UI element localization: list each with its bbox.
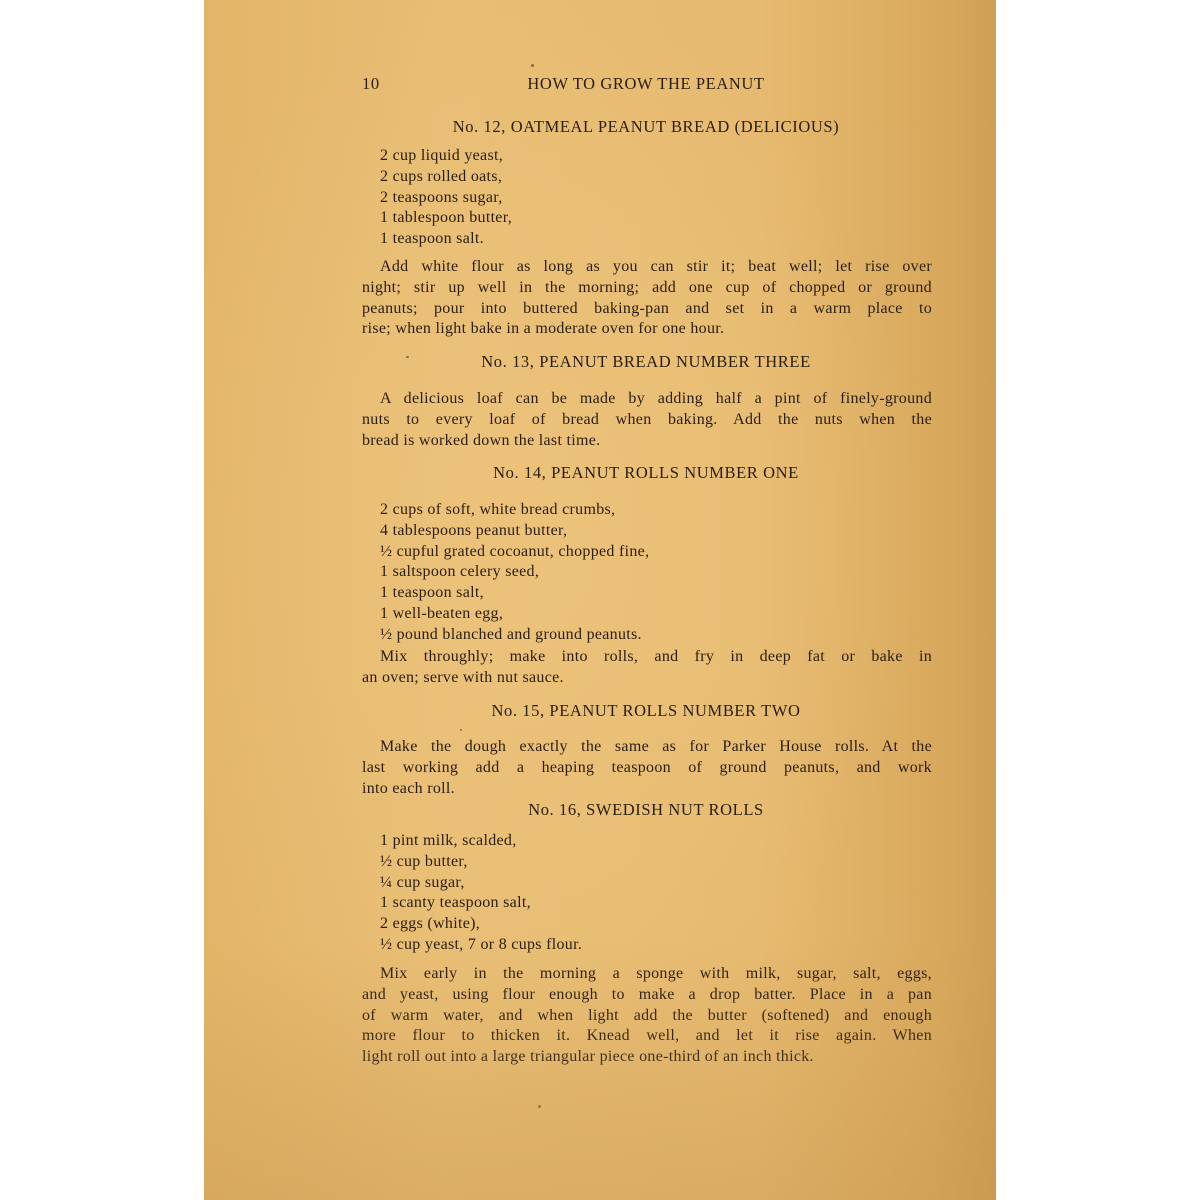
recipe-title: No. 16, SWEDISH NUT ROLLS	[362, 800, 930, 820]
ingredient: 2 teaspoons sugar,	[380, 188, 950, 209]
directions-paragraph: Mix throughly; make into rolls, and fry …	[362, 647, 932, 689]
ingredient: 1 teaspoon salt,	[380, 583, 950, 604]
direction-line: Mix throughly; make into rolls, and fry …	[362, 647, 932, 668]
ingredient: 2 cups rolled oats,	[380, 167, 950, 188]
directions-paragraph: Mix early in the morning a sponge with m…	[362, 964, 932, 1068]
ingredient: 1 teaspoon salt.	[380, 229, 950, 250]
direction-line: bread is worked down the last time.	[362, 431, 932, 452]
direction-line: night; stir up well in the morning; add …	[362, 278, 932, 299]
ingredient-list: 2 cups of soft, white bread crumbs, 4 ta…	[362, 500, 950, 646]
running-title: HOW TO GROW THE PEANUT	[362, 74, 930, 94]
ingredient: 1 pint milk, scalded,	[380, 831, 950, 852]
ingredient: 4 tablespoons peanut butter,	[380, 521, 950, 542]
direction-line: rise; when light bake in a moderate oven…	[362, 319, 932, 340]
recipe-title: No. 14, PEANUT ROLLS NUMBER ONE	[362, 463, 930, 483]
direction-line: of warm water, and when light add the bu…	[362, 1006, 932, 1027]
recipe-title: No. 12, OATMEAL PEANUT BREAD (DELICIOUS)	[362, 117, 930, 137]
paper-speck	[538, 1105, 541, 1108]
direction-line: an oven; serve with nut sauce.	[362, 668, 932, 689]
direction-line: light roll out into a large triangular p…	[362, 1047, 932, 1068]
ingredient-list: 1 pint milk, scalded, ½ cup butter, ¼ cu…	[362, 831, 950, 956]
direction-line: into each roll.	[362, 779, 932, 800]
ingredient: 2 cup liquid yeast,	[380, 146, 950, 167]
ingredient: ¼ cup sugar,	[380, 873, 950, 894]
directions-paragraph: A delicious loaf can be made by adding h…	[362, 389, 932, 451]
page-header: 10 HOW TO GROW THE PEANUT	[362, 74, 930, 96]
direction-line: last working add a heaping teaspoon of g…	[362, 758, 932, 779]
direction-line: Mix early in the morning a sponge with m…	[362, 964, 932, 985]
ingredient: 2 cups of soft, white bread crumbs,	[380, 500, 950, 521]
directions-paragraph: Add white flour as long as you can stir …	[362, 257, 932, 340]
ingredient: 2 eggs (white),	[380, 914, 950, 935]
recipe-title: No. 15, PEANUT ROLLS NUMBER TWO	[362, 701, 930, 721]
direction-line: and yeast, using flour enough to make a …	[362, 985, 932, 1006]
paper-speck	[460, 729, 462, 731]
ingredient: 1 scanty teaspoon salt,	[380, 893, 950, 914]
direction-line: peanuts; pour into buttered baking-pan a…	[362, 299, 932, 320]
ingredient: 1 saltspoon celery seed,	[380, 562, 950, 583]
direction-line: Make the dough exactly the same as for P…	[362, 737, 932, 758]
ingredient: 1 tablespoon butter,	[380, 208, 950, 229]
ingredient: ½ cup yeast, 7 or 8 cups flour.	[380, 935, 950, 956]
paper-speck	[531, 64, 534, 67]
ingredient: 1 well-beaten egg,	[380, 604, 950, 625]
ingredient: ½ pound blanched and ground peanuts.	[380, 625, 950, 646]
recipe-title: No. 13, PEANUT BREAD NUMBER THREE	[362, 352, 930, 372]
book-page: 10 HOW TO GROW THE PEANUT No. 12, OATMEA…	[204, 0, 996, 1200]
direction-line: nuts to every loaf of bread when baking.…	[362, 410, 932, 431]
ingredient: ½ cupful grated cocoanut, chopped fine,	[380, 542, 950, 563]
ingredient: ½ cup butter,	[380, 852, 950, 873]
direction-line: A delicious loaf can be made by adding h…	[362, 389, 932, 410]
paper-speck	[406, 356, 409, 358]
direction-line: more flour to thicken it. Knead well, an…	[362, 1026, 932, 1047]
ingredient-list: 2 cup liquid yeast, 2 cups rolled oats, …	[362, 146, 950, 250]
direction-line: Add white flour as long as you can stir …	[362, 257, 932, 278]
directions-paragraph: Make the dough exactly the same as for P…	[362, 737, 932, 799]
